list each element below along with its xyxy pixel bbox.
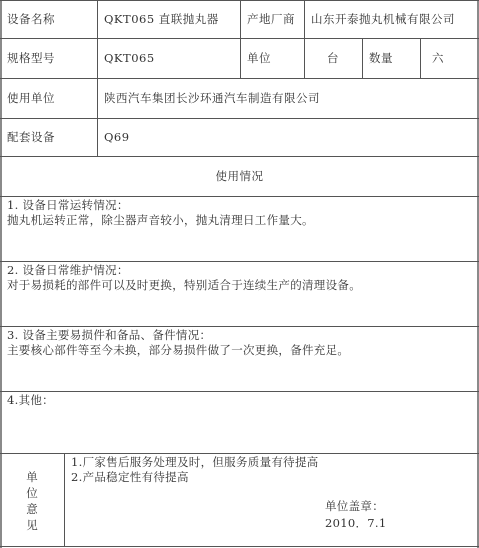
- section-1-heading: 1. 设备日常运转情况：: [7, 198, 314, 213]
- supporting-equipment-label: 配套设备: [0, 118, 97, 156]
- manufacturer-label: 产地厂商: [240, 0, 304, 38]
- opinion-label-char: 见: [26, 517, 38, 533]
- seal-label: 单位盖章：: [325, 498, 386, 515]
- section-3-body: 主要核心部件等至今未换，部分易损件做了一次更换，备件充足。: [7, 343, 349, 358]
- section-2-body: 对于易损耗的部件可以及时更换，特别适合于连续生产的清理设备。: [7, 278, 361, 293]
- opinion-label-char: 位: [26, 485, 38, 501]
- rule: [64, 453, 65, 547]
- manufacturer-value: 山东开泰抛丸机械有限公司: [304, 0, 479, 38]
- quantity-value: 六: [420, 38, 479, 78]
- equipment-name-value: QKT065 直联抛丸器: [97, 0, 240, 38]
- section-2-heading: 2. 设备日常维护情况：: [7, 263, 361, 278]
- section-1: 1. 设备日常运转情况： 抛丸机运转正常，除尘器声音较小，抛丸清理日工作量大。: [7, 198, 314, 228]
- opinion-date: 2010．7.1: [325, 515, 386, 532]
- opinion-label-char: 意: [26, 501, 38, 517]
- usage-title: 使用情况: [0, 156, 479, 196]
- model-value: QKT065: [97, 38, 240, 78]
- rule: [0, 326, 479, 327]
- seal-block: 单位盖章： 2010．7.1: [325, 498, 386, 532]
- section-3-heading: 3. 设备主要易损件和备品、备件情况：: [7, 328, 349, 343]
- unit-value: 台: [304, 38, 362, 78]
- rule: [0, 546, 479, 547]
- rule: [0, 391, 479, 392]
- section-4-heading: 4.其他：: [7, 393, 54, 408]
- unit-label: 单位: [240, 38, 304, 78]
- user-unit-label: 使用单位: [0, 78, 97, 118]
- rule: [0, 453, 479, 454]
- rule: [0, 261, 479, 262]
- opinion-content: 1.厂家售后服务处理及时，但服务质量有待提高 2.产品稳定性有待提高: [71, 455, 319, 485]
- quantity-label: 数量: [362, 38, 420, 78]
- opinion-label: 单 位 意 见: [0, 453, 64, 548]
- supporting-equipment-value: Q69: [97, 118, 479, 156]
- opinion-label-char: 单: [26, 469, 38, 485]
- section-4: 4.其他：: [7, 393, 54, 408]
- section-3: 3. 设备主要易损件和备品、备件情况： 主要核心部件等至今未换，部分易损件做了一…: [7, 328, 349, 358]
- rule: [0, 196, 479, 197]
- opinion-line: 1.厂家售后服务处理及时，但服务质量有待提高: [71, 455, 319, 470]
- model-label: 规格型号: [0, 38, 97, 78]
- equipment-usage-form: 设备名称 QKT065 直联抛丸器 产地厂商 山东开泰抛丸机械有限公司 规格型号…: [0, 0, 479, 548]
- opinion-line: 2.产品稳定性有待提高: [71, 470, 319, 485]
- section-2: 2. 设备日常维护情况： 对于易损耗的部件可以及时更换，特别适合于连续生产的清理…: [7, 263, 361, 293]
- equipment-name-label: 设备名称: [0, 0, 97, 38]
- section-1-body: 抛丸机运转正常，除尘器声音较小，抛丸清理日工作量大。: [7, 213, 314, 228]
- user-unit-value: 陕西汽车集团长沙环通汽车制造有限公司: [97, 78, 479, 118]
